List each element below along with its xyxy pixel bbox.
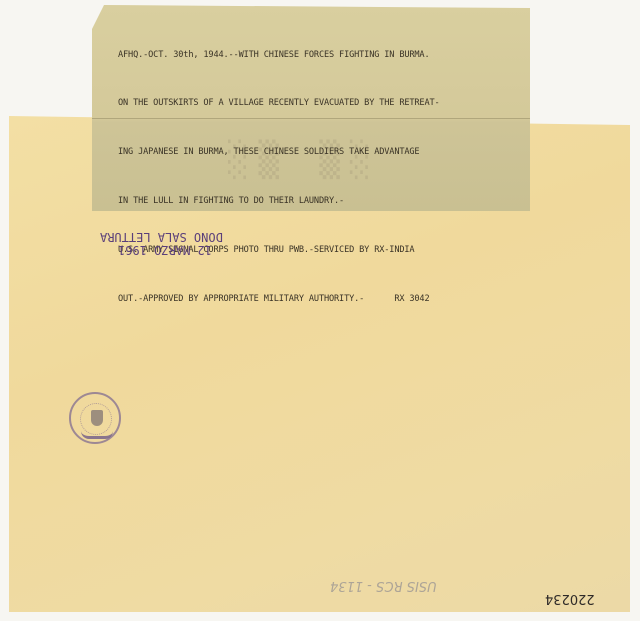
caption-line: AFHQ.-OCT. 30th, 1944.--WITH CHINESE FOR…	[118, 47, 528, 63]
typed-caption: AFHQ.-OCT. 30th, 1944.--WITH CHINESE FOR…	[118, 14, 528, 324]
caption-line: ING JAPANESE IN BURMA, THESE CHINESE SOL…	[118, 144, 528, 160]
pencil-inventory-number: 220234	[545, 591, 595, 606]
caption-line: ON THE OUTSKIRTS OF A VILLAGE RECENTLY E…	[118, 95, 528, 111]
caption-line: OUT.-APPROVED BY APPROPRIATE MILITARY AU…	[118, 291, 528, 307]
shield-icon	[91, 410, 103, 426]
caption-line: IN THE LULL IN FIGHTING TO DO THEIR LAUN…	[118, 193, 528, 209]
pencil-archive-ref: USIS RCS - 1134	[330, 578, 437, 593]
library-seal-icon	[69, 392, 121, 444]
donation-stamp: 12 MARZO 1961 DONO SALA LETTURA	[100, 230, 223, 256]
stamp-line-donation: DONO SALA LETTURA	[100, 230, 223, 243]
stamp-line-date: 12 MARZO 1961	[100, 243, 223, 256]
seal-text-arc	[81, 431, 113, 439]
